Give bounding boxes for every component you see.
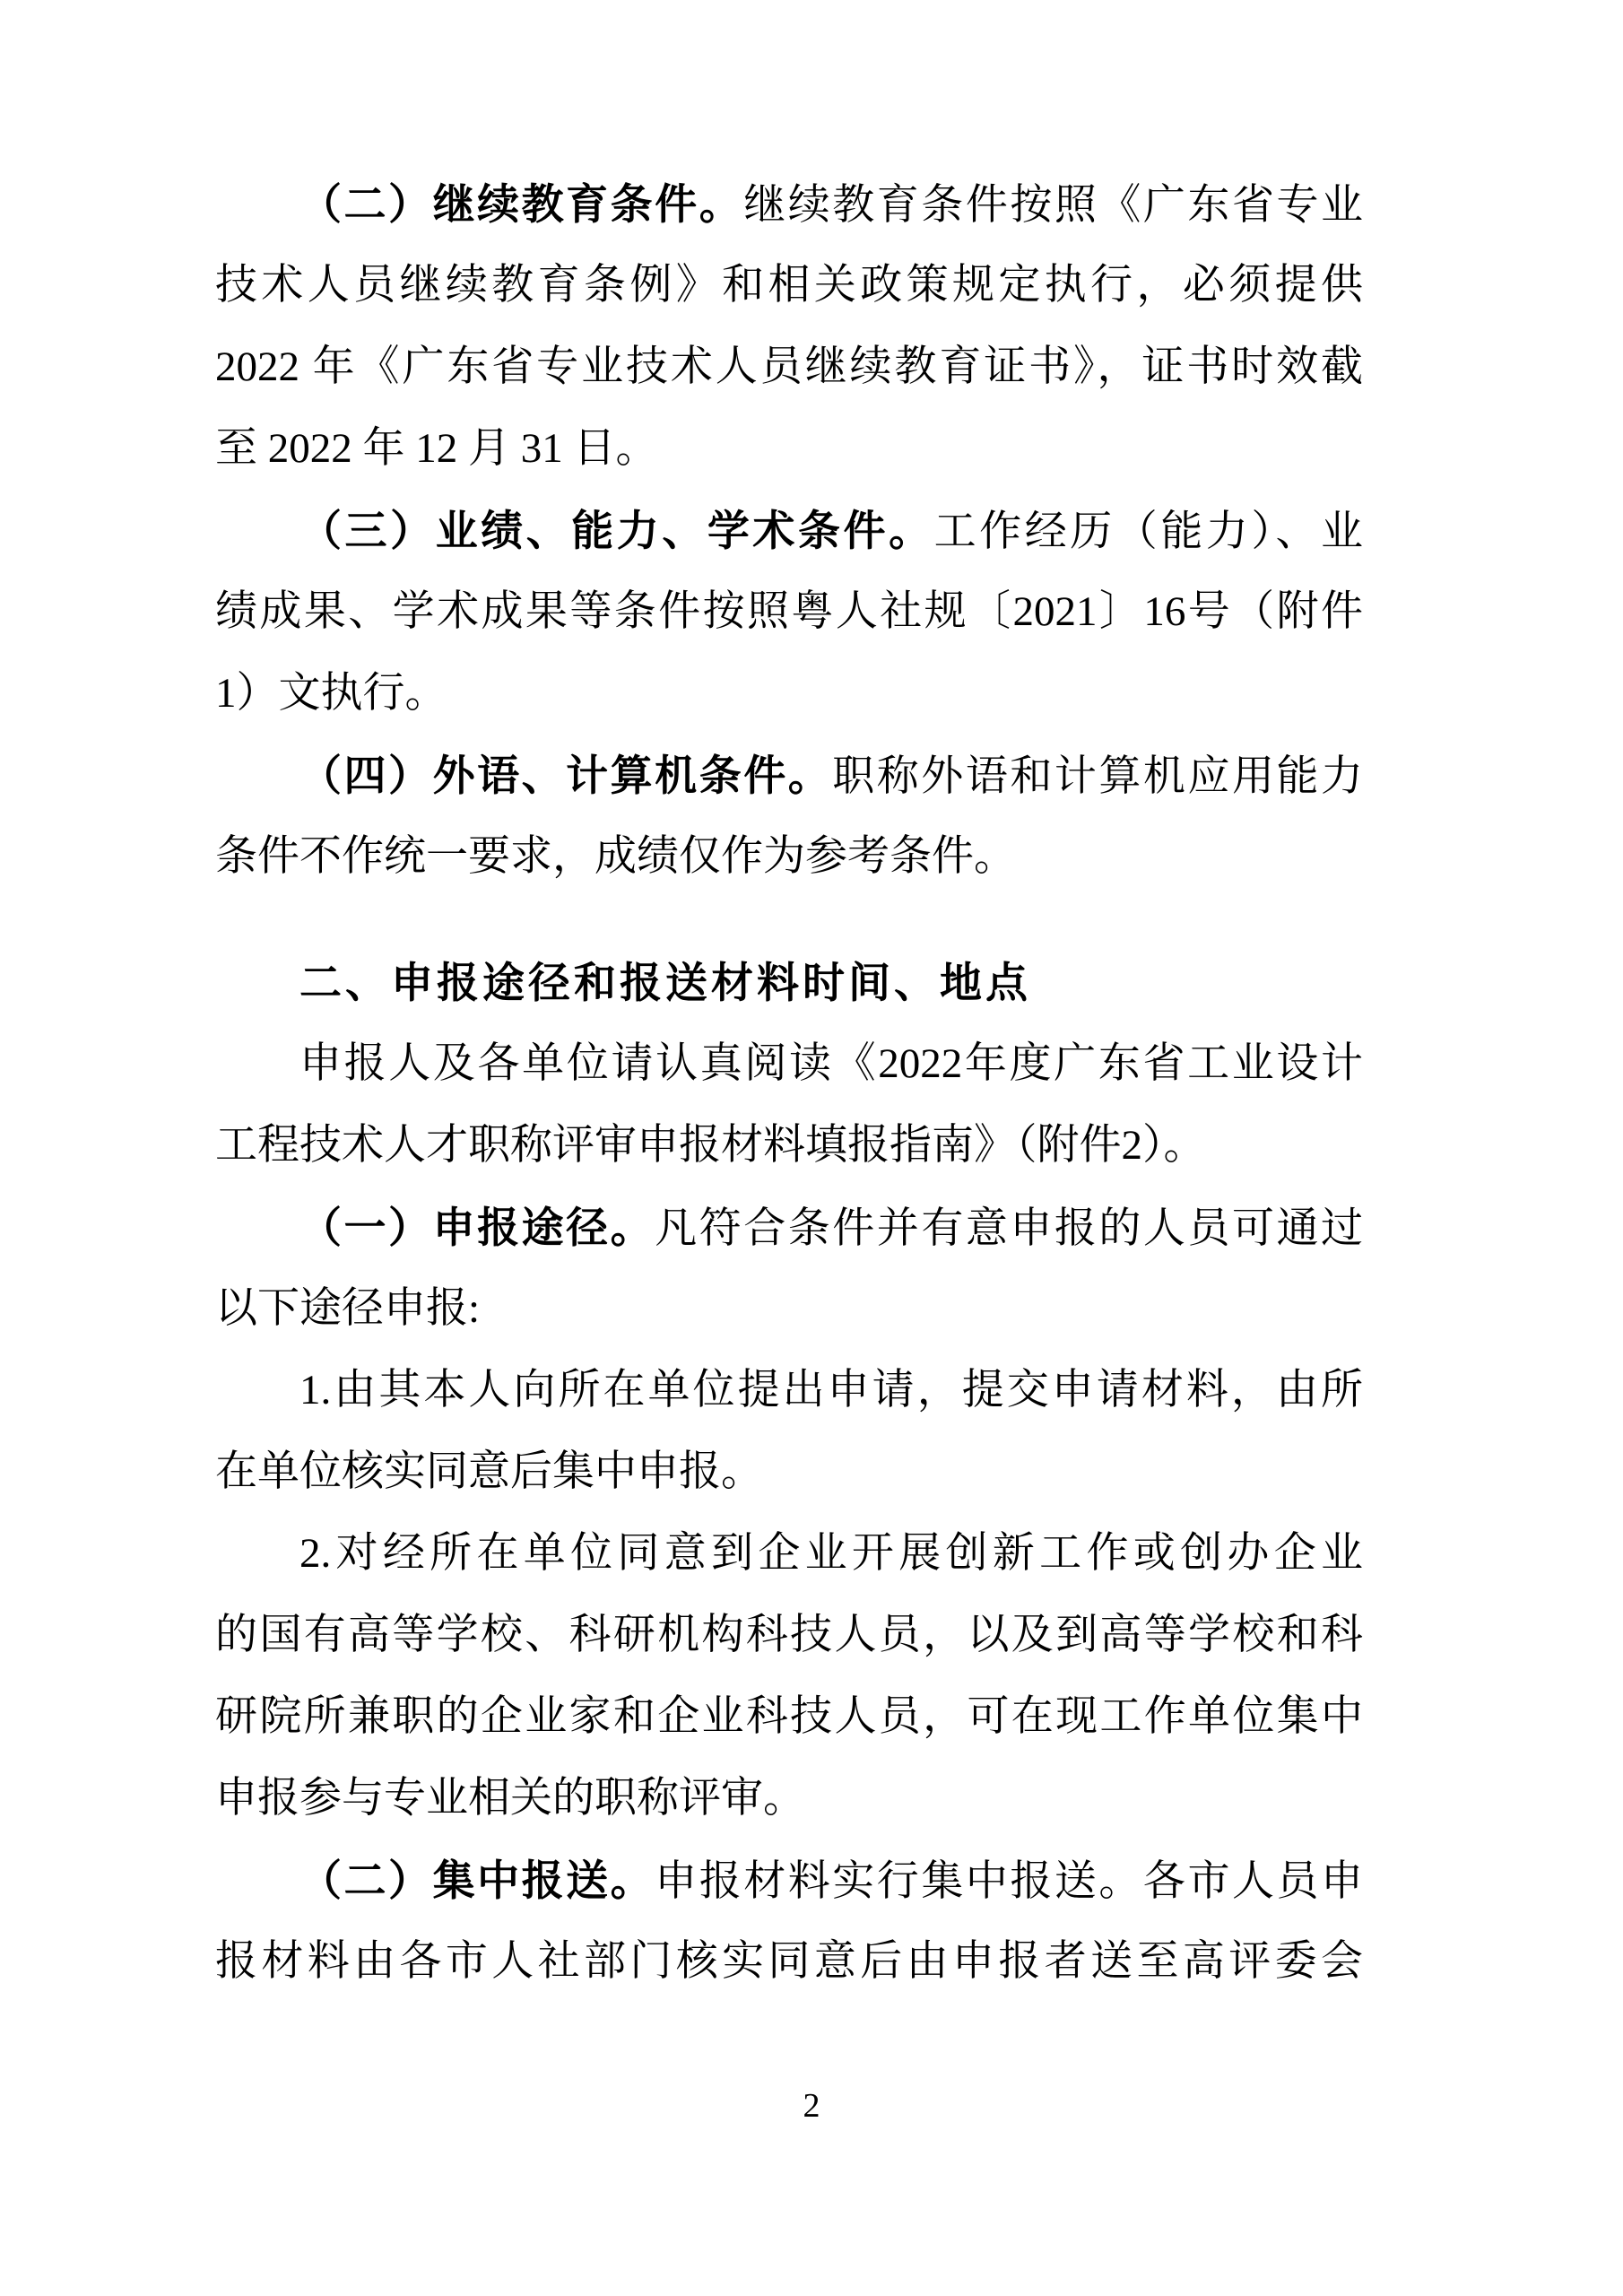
text-line-body: 的国有高等学校、科研机构科技人员，以及到高等学校和科 xyxy=(215,1612,1363,1658)
text-line-body: 条件不作统一要求，成绩仅作为参考条件。 xyxy=(215,833,1016,880)
text-line-lead: （三）业绩、能力、学术条件。 xyxy=(299,507,934,554)
text-line: 申报参与专业相关的职称评审。 xyxy=(215,1758,1363,1839)
text-line: 的国有高等学校、科研机构科技人员，以及到高等学校和科 xyxy=(215,1595,1363,1676)
text-line-body: 2022 年《广东省专业技术人员继续教育证书》，证书时效截 xyxy=(215,344,1363,390)
text-line-body: 技术人员继续教育条例》和相关政策规定执行，必须提供 xyxy=(215,262,1363,309)
document-page: （二）继续教育条件。继续教育条件按照《广东省专业技术人员继续教育条例》和相关政策… xyxy=(0,0,1623,2296)
text-line: 技术人员继续教育条例》和相关政策规定执行，必须提供 xyxy=(215,245,1363,326)
text-line-body: 申报参与专业相关的职称评审。 xyxy=(215,1775,805,1822)
text-line-body: 绩成果、学术成果等条件按照粤人社规〔2021〕16号（附件 xyxy=(215,588,1363,635)
text-line-lead: （四）外语、计算机条件。 xyxy=(299,752,832,799)
document-body: （二）继续教育条件。继续教育条件按照《广东省专业技术人员继续教育条例》和相关政策… xyxy=(215,163,1363,2003)
text-line: 2022 年《广东省专业技术人员继续教育证书》，证书时效截 xyxy=(215,326,1363,408)
text-line: （四）外语、计算机条件。职称外语和计算机应用能力 xyxy=(215,735,1363,816)
section-heading-text: 二、申报途径和报送材料时间、地点 xyxy=(299,959,1031,1006)
text-line: 工程技术人才职称评审申报材料填报指南》（附件2）。 xyxy=(215,1105,1363,1187)
text-line-body: 申报人及各单位请认真阅读《2022年度广东省工业设计 xyxy=(299,1040,1363,1087)
text-line-body: 凡符合条件并有意申报的人员可通过 xyxy=(655,1205,1363,1252)
text-line: （二）继续教育条件。继续教育条件按照《广东省专业 xyxy=(215,163,1363,245)
text-line: 报材料由各市人社部门核实同意后由申报者送至高评委会 xyxy=(215,1921,1363,2003)
text-line: （三）业绩、能力、学术条件。工作经历（能力）、业 xyxy=(215,490,1363,571)
text-line: 条件不作统一要求，成绩仅作为参考条件。 xyxy=(215,816,1363,898)
text-line: 1）文执行。 xyxy=(215,653,1363,735)
text-line-body: 报材料由各市人社部门核实同意后由申报者送至高评委会 xyxy=(215,1938,1363,1985)
text-line-body: 研院所兼职的企业家和企业科技人员，可在现工作单位集中 xyxy=(215,1693,1363,1740)
text-line: 以下途径申报: xyxy=(215,1268,1363,1350)
text-line: 在单位核实同意后集中申报。 xyxy=(215,1431,1363,1513)
text-line: （一）申报途径。凡符合条件并有意申报的人员可通过 xyxy=(215,1187,1363,1268)
text-line-body: 至 2022 年 12 月 31 日。 xyxy=(215,425,658,472)
text-line: 2.对经所在单位同意到企业开展创新工作或创办企业 xyxy=(215,1513,1363,1595)
text-line-body: 工程技术人才职称评审申报材料填报指南》（附件2）。 xyxy=(215,1122,1206,1169)
text-line: 绩成果、学术成果等条件按照粤人社规〔2021〕16号（附件 xyxy=(215,571,1363,653)
text-line-body: 申报材料实行集中报送。各市人员申 xyxy=(655,1858,1363,1905)
text-line: 研院所兼职的企业家和企业科技人员，可在现工作单位集中 xyxy=(215,1676,1363,1758)
text-line-body: 2.对经所在单位同意到企业开展创新工作或创办企业 xyxy=(299,1530,1363,1577)
text-line-body: 在单位核实同意后集中申报。 xyxy=(215,1448,763,1495)
text-line-body: 1）文执行。 xyxy=(215,670,447,717)
text-line-body: 1.由其本人向所在单位提出申请，提交申请材料，由所 xyxy=(299,1367,1363,1413)
text-line-body: 以下途径申报: xyxy=(215,1285,480,1332)
text-line: （二）集中报送。申报材料实行集中报送。各市人员申 xyxy=(215,1839,1363,1921)
text-line-body: 职称外语和计算机应用能力 xyxy=(832,753,1363,800)
text-line: 申报人及各单位请认真阅读《2022年度广东省工业设计 xyxy=(215,1023,1363,1105)
text-line-body: 工作经历（能力）、业 xyxy=(934,509,1363,555)
text-line-lead: （二）集中报送。 xyxy=(299,1857,655,1904)
page-number: 2 xyxy=(0,2079,1623,2133)
section-heading: 二、申报途径和报送材料时间、地点 xyxy=(215,942,1363,1023)
text-line-lead: （一）申报途径。 xyxy=(299,1204,655,1251)
text-line-body: 继续教育条件按照《广东省专业 xyxy=(743,182,1363,229)
text-line: 1.由其本人向所在单位提出申请，提交申请材料，由所 xyxy=(215,1350,1363,1431)
text-line-lead: （二）继续教育条件。 xyxy=(299,180,743,228)
text-line: 至 2022 年 12 月 31 日。 xyxy=(215,408,1363,490)
